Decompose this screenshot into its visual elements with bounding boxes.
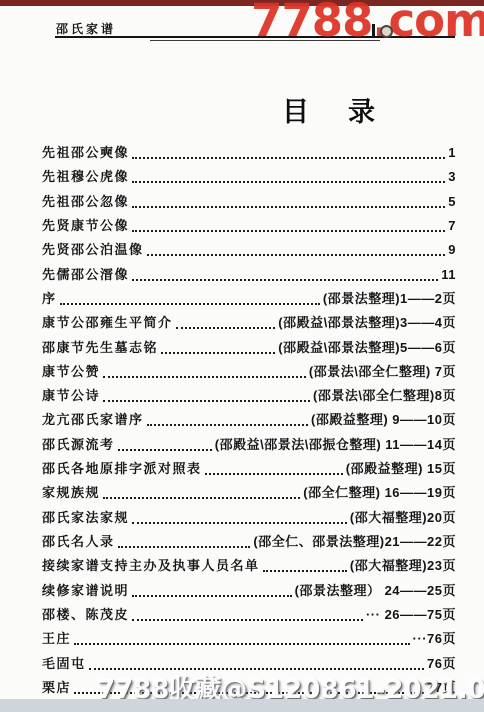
dotted-leader bbox=[103, 493, 300, 499]
toc-entry-page: 76页 bbox=[427, 657, 456, 670]
toc-entry: 邵康节先生墓志铭 (邵殿益\邵景法整理)5——6页 bbox=[42, 341, 456, 354]
toc-entry: 邵楼、陈茂皮 ··· 26——75页 bbox=[42, 608, 456, 621]
toc-entry-page: (邵大福整理)20页 bbox=[350, 511, 456, 524]
toc-entry: 续修家谱说明 (邵景法整理） 24——25页 bbox=[42, 584, 456, 597]
toc-entry: 毛固屯 76页 bbox=[42, 657, 456, 670]
dotted-leader bbox=[132, 275, 438, 281]
toc-entry-label: 王庄 bbox=[42, 632, 71, 645]
toc-entry: 邵氏各地原排字派对照表 (邵殿益整理) 15页 bbox=[42, 462, 456, 475]
toc-entry-label: 毛固屯 bbox=[42, 657, 86, 670]
toc-entry-page: 7 bbox=[448, 219, 456, 232]
toc-entry-page: (邵景法整理） 24——25页 bbox=[295, 584, 456, 597]
dotted-leader bbox=[74, 639, 410, 645]
toc-entry-label: 邵氏名人录 bbox=[42, 535, 115, 548]
toc-entry: 王庄 ···76页 bbox=[42, 632, 456, 645]
toc-entry: 邵氏源流考 (邵殿益\邵景法\邵振仓整理) 11——14页 bbox=[42, 438, 456, 451]
toc-entry-label: 邵氏源流考 bbox=[42, 438, 115, 451]
toc-entry-page: (邵殿益\邵景法\邵振仓整理) 11——14页 bbox=[215, 438, 456, 451]
dotted-leader bbox=[103, 372, 306, 378]
toc-entry: 先祖邵公奭像 1 bbox=[42, 146, 456, 159]
toc-entry: 龙亢邵氏家谱序 (邵殿益整理) 9——10页 bbox=[42, 413, 456, 426]
toc-entry-page: (邵全仁、邵景法整理)21——22页 bbox=[253, 535, 456, 548]
toc-entry-page: (邵殿益\邵景法整理)5——6页 bbox=[278, 341, 456, 354]
toc-entry-label: 康节公邵雍生平简介 bbox=[42, 316, 173, 329]
toc-entry-page: (邵景法\邵全仁整理) 7页 bbox=[309, 365, 456, 378]
toc-entry-page: (邵殿益整理) 9——10页 bbox=[311, 413, 456, 426]
dotted-leader bbox=[60, 299, 320, 305]
toc-entry-label: 先贤康节公像 bbox=[42, 219, 129, 232]
dotted-leader bbox=[118, 542, 251, 548]
bottom-site-bar bbox=[0, 699, 484, 712]
scanned-genealogy-page: 邵氏家谱 7788.com 目 录 先祖邵公奭像 1 先祖穆公虎像 3 先祖邵公… bbox=[0, 0, 484, 712]
toc-entry-label: 先儒邵公溍像 bbox=[42, 268, 129, 281]
dotted-leader bbox=[132, 153, 445, 159]
stamp-icon bbox=[380, 25, 393, 38]
toc-entry-label: 家规族规 bbox=[42, 486, 100, 499]
toc-entry: 康节公邵雍生平简介 (邵殿益\邵景法整理)3——4页 bbox=[42, 316, 456, 329]
toc-entry-page: (邵景法\邵全仁整理)8页 bbox=[313, 389, 456, 402]
dotted-leader bbox=[118, 445, 212, 451]
dotted-leader bbox=[132, 226, 445, 232]
toc-entry-label: 先祖穆公虎像 bbox=[42, 170, 129, 183]
toc-list: 先祖邵公奭像 1 先祖穆公虎像 3 先祖邵公忽像 5 先贤康节公像 7 先贤邵公… bbox=[42, 146, 456, 694]
toc-entry-page: ··· 26——75页 bbox=[366, 608, 456, 621]
toc-entry: 先贤康节公像 7 bbox=[42, 219, 456, 232]
dotted-leader bbox=[103, 396, 310, 402]
toc-entry-page: (邵全仁整理) 16——19页 bbox=[303, 486, 456, 499]
toc-entry: 先祖邵公忽像 5 bbox=[42, 195, 456, 208]
dotted-leader bbox=[205, 469, 343, 475]
toc-entry-label: 邵氏家法家规 bbox=[42, 511, 129, 524]
toc-entry: 序 (邵景法整理)1——2页 bbox=[42, 292, 456, 305]
toc-entry-page: (邵景法整理)1——2页 bbox=[323, 292, 456, 305]
book-title: 邵氏家谱 bbox=[56, 20, 116, 37]
toc-entry: 家规族规 (邵全仁整理) 16——19页 bbox=[42, 486, 456, 499]
toc-entry-page: 1 bbox=[448, 146, 456, 159]
site-logo-watermark: 7788.com bbox=[251, 0, 484, 47]
toc-entry-label: 邵氏各地原排字派对照表 bbox=[42, 462, 202, 475]
toc-entry: 接续家谱支持主办及执事人员名单 (邵大福整理)23页 bbox=[42, 559, 456, 572]
toc-entry-label: 邵康节先生墓志铭 bbox=[42, 341, 158, 354]
toc-entry-label: 栗店 bbox=[42, 681, 71, 694]
toc-entry: 先祖穆公虎像 3 bbox=[42, 170, 456, 183]
dotted-leader bbox=[176, 323, 276, 329]
toc-entry-page: (邵殿益整理) 15页 bbox=[346, 462, 456, 475]
toc-entry-label: 邵楼、陈茂皮 bbox=[42, 608, 129, 621]
toc-entry-page: (邵殿益\邵景法整理)3——4页 bbox=[278, 316, 456, 329]
dotted-leader bbox=[132, 615, 363, 621]
toc-entry-page: (邵大福整理)23页 bbox=[350, 559, 456, 572]
toc-entry-page: ···76页 bbox=[413, 632, 456, 645]
toc-entry: 康节公诗 (邵景法\邵全仁整理)8页 bbox=[42, 389, 456, 402]
toc-entry: 先贤邵公泊温像 9 bbox=[42, 243, 456, 256]
dotted-leader bbox=[147, 420, 309, 426]
dotted-leader bbox=[132, 518, 347, 524]
toc-entry-label: 接续家谱支持主办及执事人员名单 bbox=[42, 559, 260, 572]
toc-entry: 邵氏名人录 (邵全仁、邵景法整理)21——22页 bbox=[42, 535, 456, 548]
toc-entry-label: 先祖邵公奭像 bbox=[42, 146, 129, 159]
dotted-leader bbox=[147, 250, 446, 256]
toc-entry-label: 先贤邵公泊温像 bbox=[42, 243, 144, 256]
dotted-leader bbox=[132, 177, 445, 183]
toc-entry-label: 康节公诗 bbox=[42, 389, 100, 402]
toc-entry-page: 5 bbox=[448, 195, 456, 208]
dotted-leader bbox=[132, 591, 292, 597]
toc-entry: 康节公赞 (邵景法\邵全仁整理) 7页 bbox=[42, 365, 456, 378]
toc-entry-label: 续修家谱说明 bbox=[42, 584, 129, 597]
toc-entry-page: 9 bbox=[448, 243, 456, 256]
toc-entry-label: 序 bbox=[42, 292, 57, 305]
toc-entry-label: 康节公赞 bbox=[42, 365, 100, 378]
toc-entry: 先儒邵公溍像 11 bbox=[42, 268, 456, 281]
dotted-leader bbox=[161, 348, 275, 354]
toc-entry-label: 龙亢邵氏家谱序 bbox=[42, 413, 144, 426]
toc-entry-page: 3 bbox=[448, 170, 456, 183]
toc-entry-page: 11 bbox=[441, 268, 456, 281]
dotted-leader bbox=[263, 566, 347, 572]
toc-entry: 邵氏家法家规 (邵大福整理)20页 bbox=[42, 511, 456, 524]
toc-entry-label: 先祖邵公忽像 bbox=[42, 195, 129, 208]
dotted-leader bbox=[132, 202, 445, 208]
page-title: 目 录 bbox=[282, 90, 381, 129]
